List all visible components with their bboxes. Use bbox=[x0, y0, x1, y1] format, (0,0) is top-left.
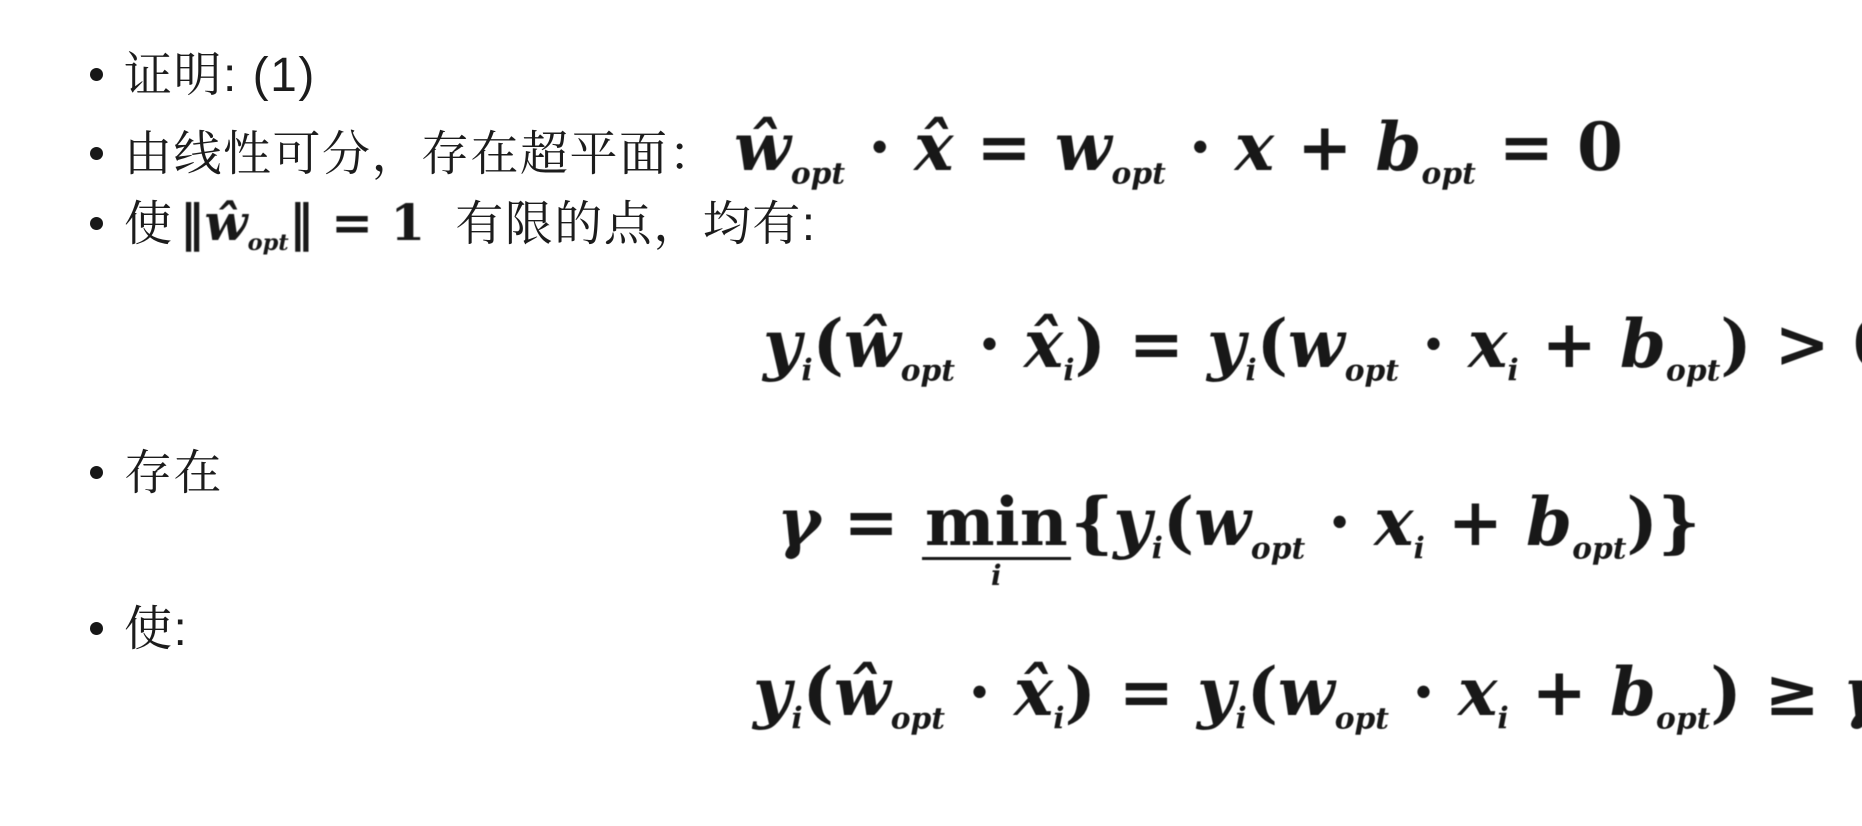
bullet-row-hyperplane: 由线性可分，存在超平面：ŵopt · x̂ = wopt · x + bopt … bbox=[90, 110, 1623, 186]
bullet-row-norm: 使‖ŵopt‖ = 1有限的点，均有: bbox=[90, 194, 817, 252]
formula-positive-margin: yi(ŵopt · x̂i) = yi(wopt · xi + bopt) > … bbox=[763, 308, 1862, 381]
formula-norm-constraint: ‖ŵopt‖ = 1 bbox=[180, 193, 426, 252]
bullet-row-exists: 存在 bbox=[90, 446, 223, 501]
slide: 证明: (1) 由线性可分，存在超平面：ŵopt · x̂ = wopt · x… bbox=[0, 0, 1862, 826]
bullet-dot bbox=[90, 147, 103, 160]
bullet-text-exists: 存在 bbox=[124, 447, 223, 500]
bullet-text-norm-post: 有限的点，均有: bbox=[455, 198, 816, 251]
formula-margin-bound: yi(ŵopt · x̂i) = yi(wopt · xi + bopt) ≥ … bbox=[753, 656, 1862, 729]
bullet-dot bbox=[90, 217, 103, 230]
formula-gamma-min: γ = mini{yi(wopt · xi + bopt)} bbox=[777, 486, 1700, 589]
bullet-dot bbox=[90, 622, 103, 635]
bullet-text-norm-pre: 使 bbox=[124, 198, 174, 251]
bullet-dot bbox=[90, 466, 103, 479]
formula-hyperplane: ŵopt · x̂ = wopt · x + bopt = 0 bbox=[734, 108, 1623, 186]
bullet-row-suchthat: 使: bbox=[90, 602, 188, 657]
bullet-text-hyperplane: 由线性可分，存在超平面： bbox=[124, 128, 718, 181]
bullet-text-suchthat: 使: bbox=[124, 603, 188, 656]
bullet-row-proof: 证明: (1) bbox=[90, 48, 316, 103]
bullet-text-proof: 证明: (1) bbox=[124, 49, 316, 102]
bullet-dot bbox=[90, 68, 103, 81]
